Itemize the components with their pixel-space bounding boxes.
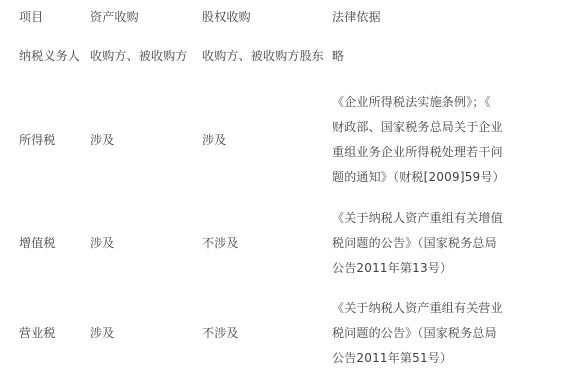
cell-item: 所得税: [19, 78, 90, 202]
header-legal-basis: 法律依据: [332, 0, 511, 34]
cell-legal-basis: 《企业所得税法实施条例》；《 财政部、国家税务总局关于企业 重组业务企业所得税处…: [332, 78, 511, 202]
cell-legal-basis: 《关于纳税人资产重组有关营业 税问题的公告》（国家税务总局 公告2011年第51…: [332, 285, 511, 381]
cell-asset-acquisition: 收购方、被收购方: [90, 34, 202, 78]
cell-asset-acquisition: 涉及: [90, 78, 202, 202]
header-item: 项目: [19, 0, 90, 34]
table-row-vat: 增值税 涉及 不涉及 《关于纳税人资产重组有关增值 税问题的公告》（国家税务总局…: [19, 202, 511, 285]
cell-asset-acquisition: 涉及: [90, 202, 202, 285]
cell-item: 纳税义务人: [19, 34, 90, 78]
table-row-income-tax: 所得税 涉及 涉及 《企业所得税法实施条例》；《 财政部、国家税务总局关于企业 …: [19, 78, 511, 202]
cell-equity-acquisition: 收购方、被收购方股东: [202, 34, 332, 78]
cell-equity-acquisition: 涉及: [202, 78, 332, 202]
header-equity-acquisition: 股权收购: [202, 0, 332, 34]
cell-legal-basis: 《关于纳税人资产重组有关增值 税问题的公告》（国家税务总局 公告2011年第13…: [332, 202, 511, 285]
cell-equity-acquisition: 不涉及: [202, 202, 332, 285]
cell-item: 增值税: [19, 202, 90, 285]
table-row-taxpayer: 纳税义务人 收购方、被收购方 收购方、被收购方股东 略: [19, 34, 511, 78]
tax-comparison-table: 项目 资产收购 股权收购 法律依据 纳税义务人 收购方、被收购方 收购方、被收购…: [19, 0, 511, 381]
cell-legal-basis: 略: [332, 34, 511, 78]
table-row-business-tax: 营业税 涉及 不涉及 《关于纳税人资产重组有关营业 税问题的公告》（国家税务总局…: [19, 285, 511, 381]
table-header-row: 项目 资产收购 股权收购 法律依据: [19, 0, 511, 34]
cell-item: 营业税: [19, 285, 90, 381]
cell-asset-acquisition: 涉及: [90, 285, 202, 381]
cell-equity-acquisition: 不涉及: [202, 285, 332, 381]
header-asset-acquisition: 资产收购: [90, 0, 202, 34]
